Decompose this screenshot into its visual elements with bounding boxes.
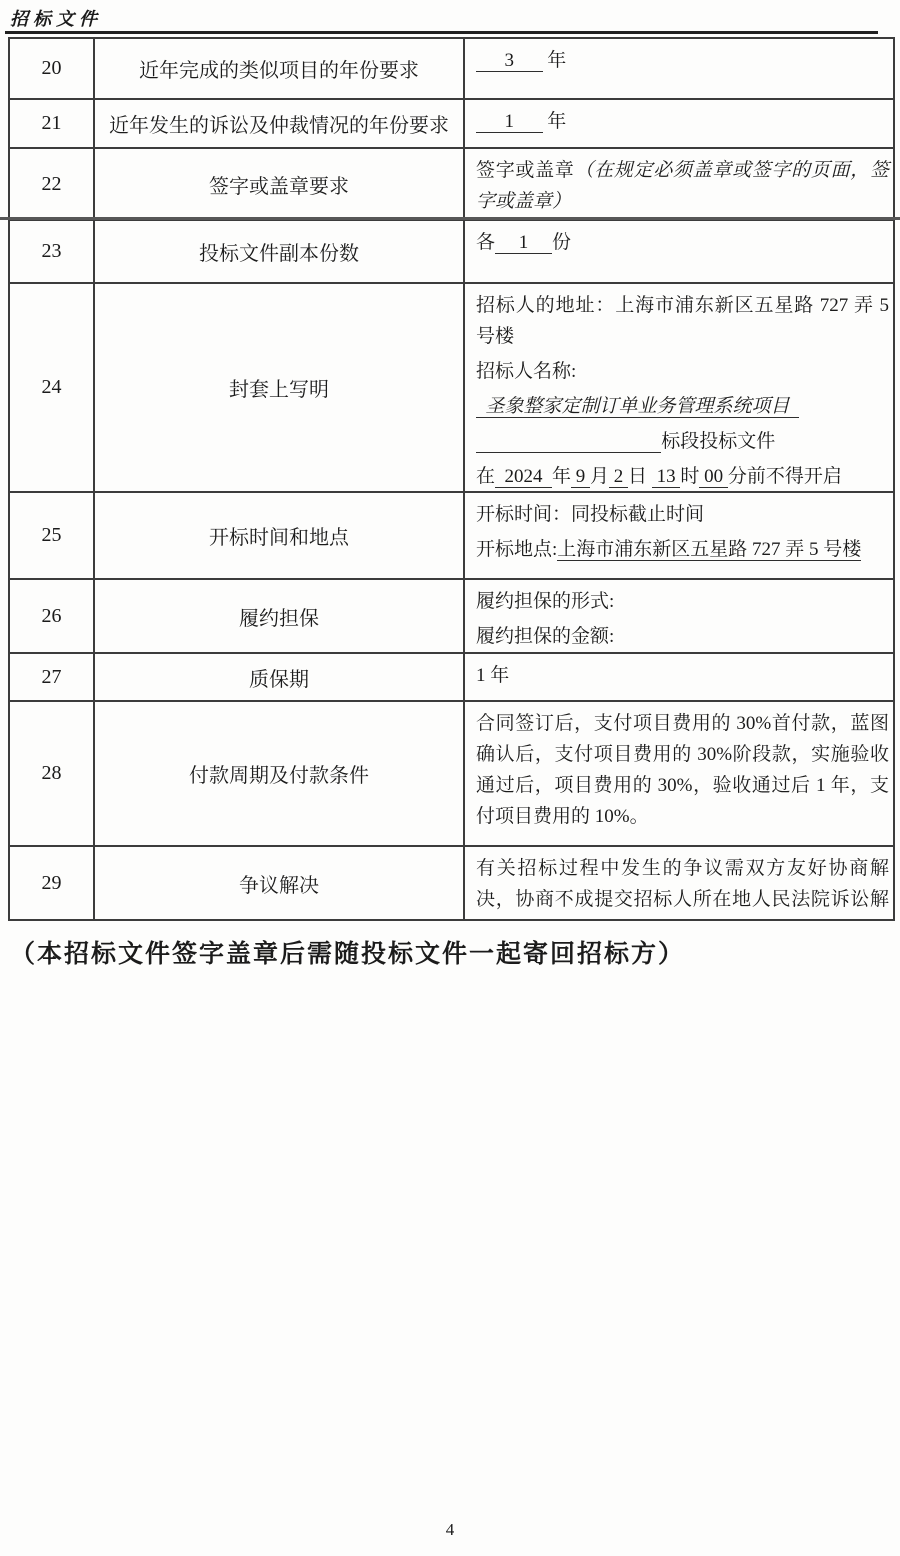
value-segment: 履约担保的形式: [476,591,614,612]
row-number: 26 [10,580,95,652]
value-segment: 年 [552,466,571,487]
header-rule [5,31,878,34]
row-value: 各 1 份 [465,221,893,282]
row-label: 投标文件副本份数 [95,221,465,282]
row-value: 签字或盖章（在规定必须盖章或签字的页面，签字或盖章） [465,149,893,219]
value-segment: 2024 [495,466,552,488]
value-line: 1 年 [476,106,889,137]
value-segment: 履约担保的金额: [476,626,614,647]
value-segment: 00 [699,466,728,488]
row-value: 1 年 [465,654,893,700]
row-label: 封套上写明 [95,284,465,491]
value-segment: 份 [552,232,571,253]
row-label: 近年完成的类似项目的年份要求 [95,39,465,98]
value-segment: 圣象整家定制订单业务管理系统项目 [476,396,799,418]
value-segment: 日 [628,466,652,487]
footer-note: （本招标文件签字盖章后需随投标文件一起寄回招标方） [10,934,685,970]
value-segment: 年 [543,111,567,132]
value-segment: 各 [476,232,495,253]
value-segment: 时 [680,466,699,487]
tender-spec-table: 20近年完成的类似项目的年份要求 3 年21近年发生的诉讼及仲裁情况的年份要求 … [8,37,895,921]
row-value: 1 年 [465,100,893,147]
value-line: 履约担保的形式: [476,586,889,617]
table-row: 20近年完成的类似项目的年份要求 3 年 [10,39,893,100]
table-row: 27质保期1 年 [10,654,893,702]
document-page: 招标文件 20近年完成的类似项目的年份要求 3 年21近年发生的诉讼及仲裁情况的… [0,0,900,1556]
table-row: 21近年发生的诉讼及仲裁情况的年份要求 1 年 [10,100,893,149]
row-number: 27 [10,654,95,700]
value-line: 圣象整家定制订单业务管理系统项目 [476,391,889,422]
value-segment: 上海市浦东新区五星路 727 弄 5 号楼 [557,539,861,561]
row-number: 21 [10,100,95,147]
value-line: 招标人名称: [476,356,889,387]
row-number: 28 [10,702,95,845]
value-segment: 年 [543,50,567,71]
value-line: 招标人的地址：上海市浦东新区五星路 727 弄 5 号楼 [476,290,889,352]
document-title: 招标文件 [10,5,102,31]
row-value: 开标时间：同投标截止时间开标地点:上海市浦东新区五星路 727 弄 5 号楼 [465,493,893,578]
row-value: 合同签订后，支付项目费用的 30%首付款，蓝图确认后，支付项目费用的 30%阶段… [465,702,893,845]
row-value: 3 年 [465,39,893,98]
table-row: 22签字或盖章要求签字或盖章（在规定必须盖章或签字的页面，签字或盖章） [10,149,893,221]
value-segment: 分前不得开启 [728,466,842,487]
value-segment: 在 [476,466,495,487]
value-line: 各 1 份 [476,227,889,258]
table-row: 24封套上写明招标人的地址：上海市浦东新区五星路 727 弄 5 号楼招标人名称… [10,284,893,493]
page-number: 4 [0,1520,900,1540]
table-row: 28付款周期及付款条件合同签订后，支付项目费用的 30%首付款，蓝图确认后，支付… [10,702,893,847]
value-segment: 13 [652,466,681,488]
row-label: 履约担保 [95,580,465,652]
row-number: 22 [10,149,95,219]
section-divider [0,217,900,220]
value-segment: 开标时间：同投标截止时间 [476,504,704,525]
row-number: 23 [10,221,95,282]
value-line: 签字或盖章（在规定必须盖章或签字的页面，签字或盖章） [476,155,889,217]
value-segment: 标段投标文件 [661,431,775,452]
value-line: 有关招标过程中发生的争议需双方友好协商解决，协商不成提交招标人所在地人民法院诉讼… [476,853,889,919]
value-segment: 1 [495,232,552,254]
value-segment: 有关招标过程中发生的争议需双方友好协商解决，协商不成提交招标人所在地人民法院诉讼… [476,858,889,919]
value-segment: 3 [476,50,543,72]
value-line: 履约担保的金额: [476,621,889,652]
table-row: 23投标文件副本份数各 1 份 [10,221,893,284]
row-label: 争议解决 [95,847,465,919]
row-number: 29 [10,847,95,919]
value-segment: 开标地点: [476,539,557,560]
row-label: 质保期 [95,654,465,700]
value-line: 在 2024 年 9 月 2 日 13 时 00 分前不得开启 [476,461,889,491]
row-number: 25 [10,493,95,578]
value-segment: 招标人的地址：上海市浦东新区五星路 727 弄 5 号楼 [476,295,889,347]
row-value: 履约担保的形式:履约担保的金额: [465,580,893,652]
value-segment: 月 [590,466,609,487]
row-value: 有关招标过程中发生的争议需双方友好协商解决，协商不成提交招标人所在地人民法院诉讼… [465,847,893,919]
value-line: 3 年 [476,45,889,76]
table-row: 29争议解决有关招标过程中发生的争议需双方友好协商解决，协商不成提交招标人所在地… [10,847,893,919]
value-segment: 2 [609,466,628,488]
value-segment: 9 [571,466,590,488]
value-segment: 招标人名称: [476,361,576,382]
row-label: 付款周期及付款条件 [95,702,465,845]
row-number: 24 [10,284,95,491]
value-segment: 签字或盖章 [476,160,575,181]
row-value: 招标人的地址：上海市浦东新区五星路 727 弄 5 号楼招标人名称: 圣象整家定… [465,284,893,491]
table-row: 26履约担保履约担保的形式:履约担保的金额: [10,580,893,654]
row-label: 开标时间和地点 [95,493,465,578]
value-segment: 1 [476,111,543,133]
row-number: 20 [10,39,95,98]
value-segment: 1 年 [476,665,509,686]
table-row: 25开标时间和地点开标时间：同投标截止时间开标地点:上海市浦东新区五星路 727… [10,493,893,580]
value-line: 开标时间：同投标截止时间 [476,499,889,530]
value-line: 1 年 [476,660,889,691]
value-segment [476,431,661,453]
row-label: 签字或盖章要求 [95,149,465,219]
row-label: 近年发生的诉讼及仲裁情况的年份要求 [95,100,465,147]
value-line: 标段投标文件 [476,426,889,457]
value-line: 合同签订后，支付项目费用的 30%首付款，蓝图确认后，支付项目费用的 30%阶段… [476,708,889,832]
value-segment: 合同签订后，支付项目费用的 30%首付款，蓝图确认后，支付项目费用的 30%阶段… [476,713,889,827]
value-line: 开标地点:上海市浦东新区五星路 727 弄 5 号楼 [476,534,889,565]
